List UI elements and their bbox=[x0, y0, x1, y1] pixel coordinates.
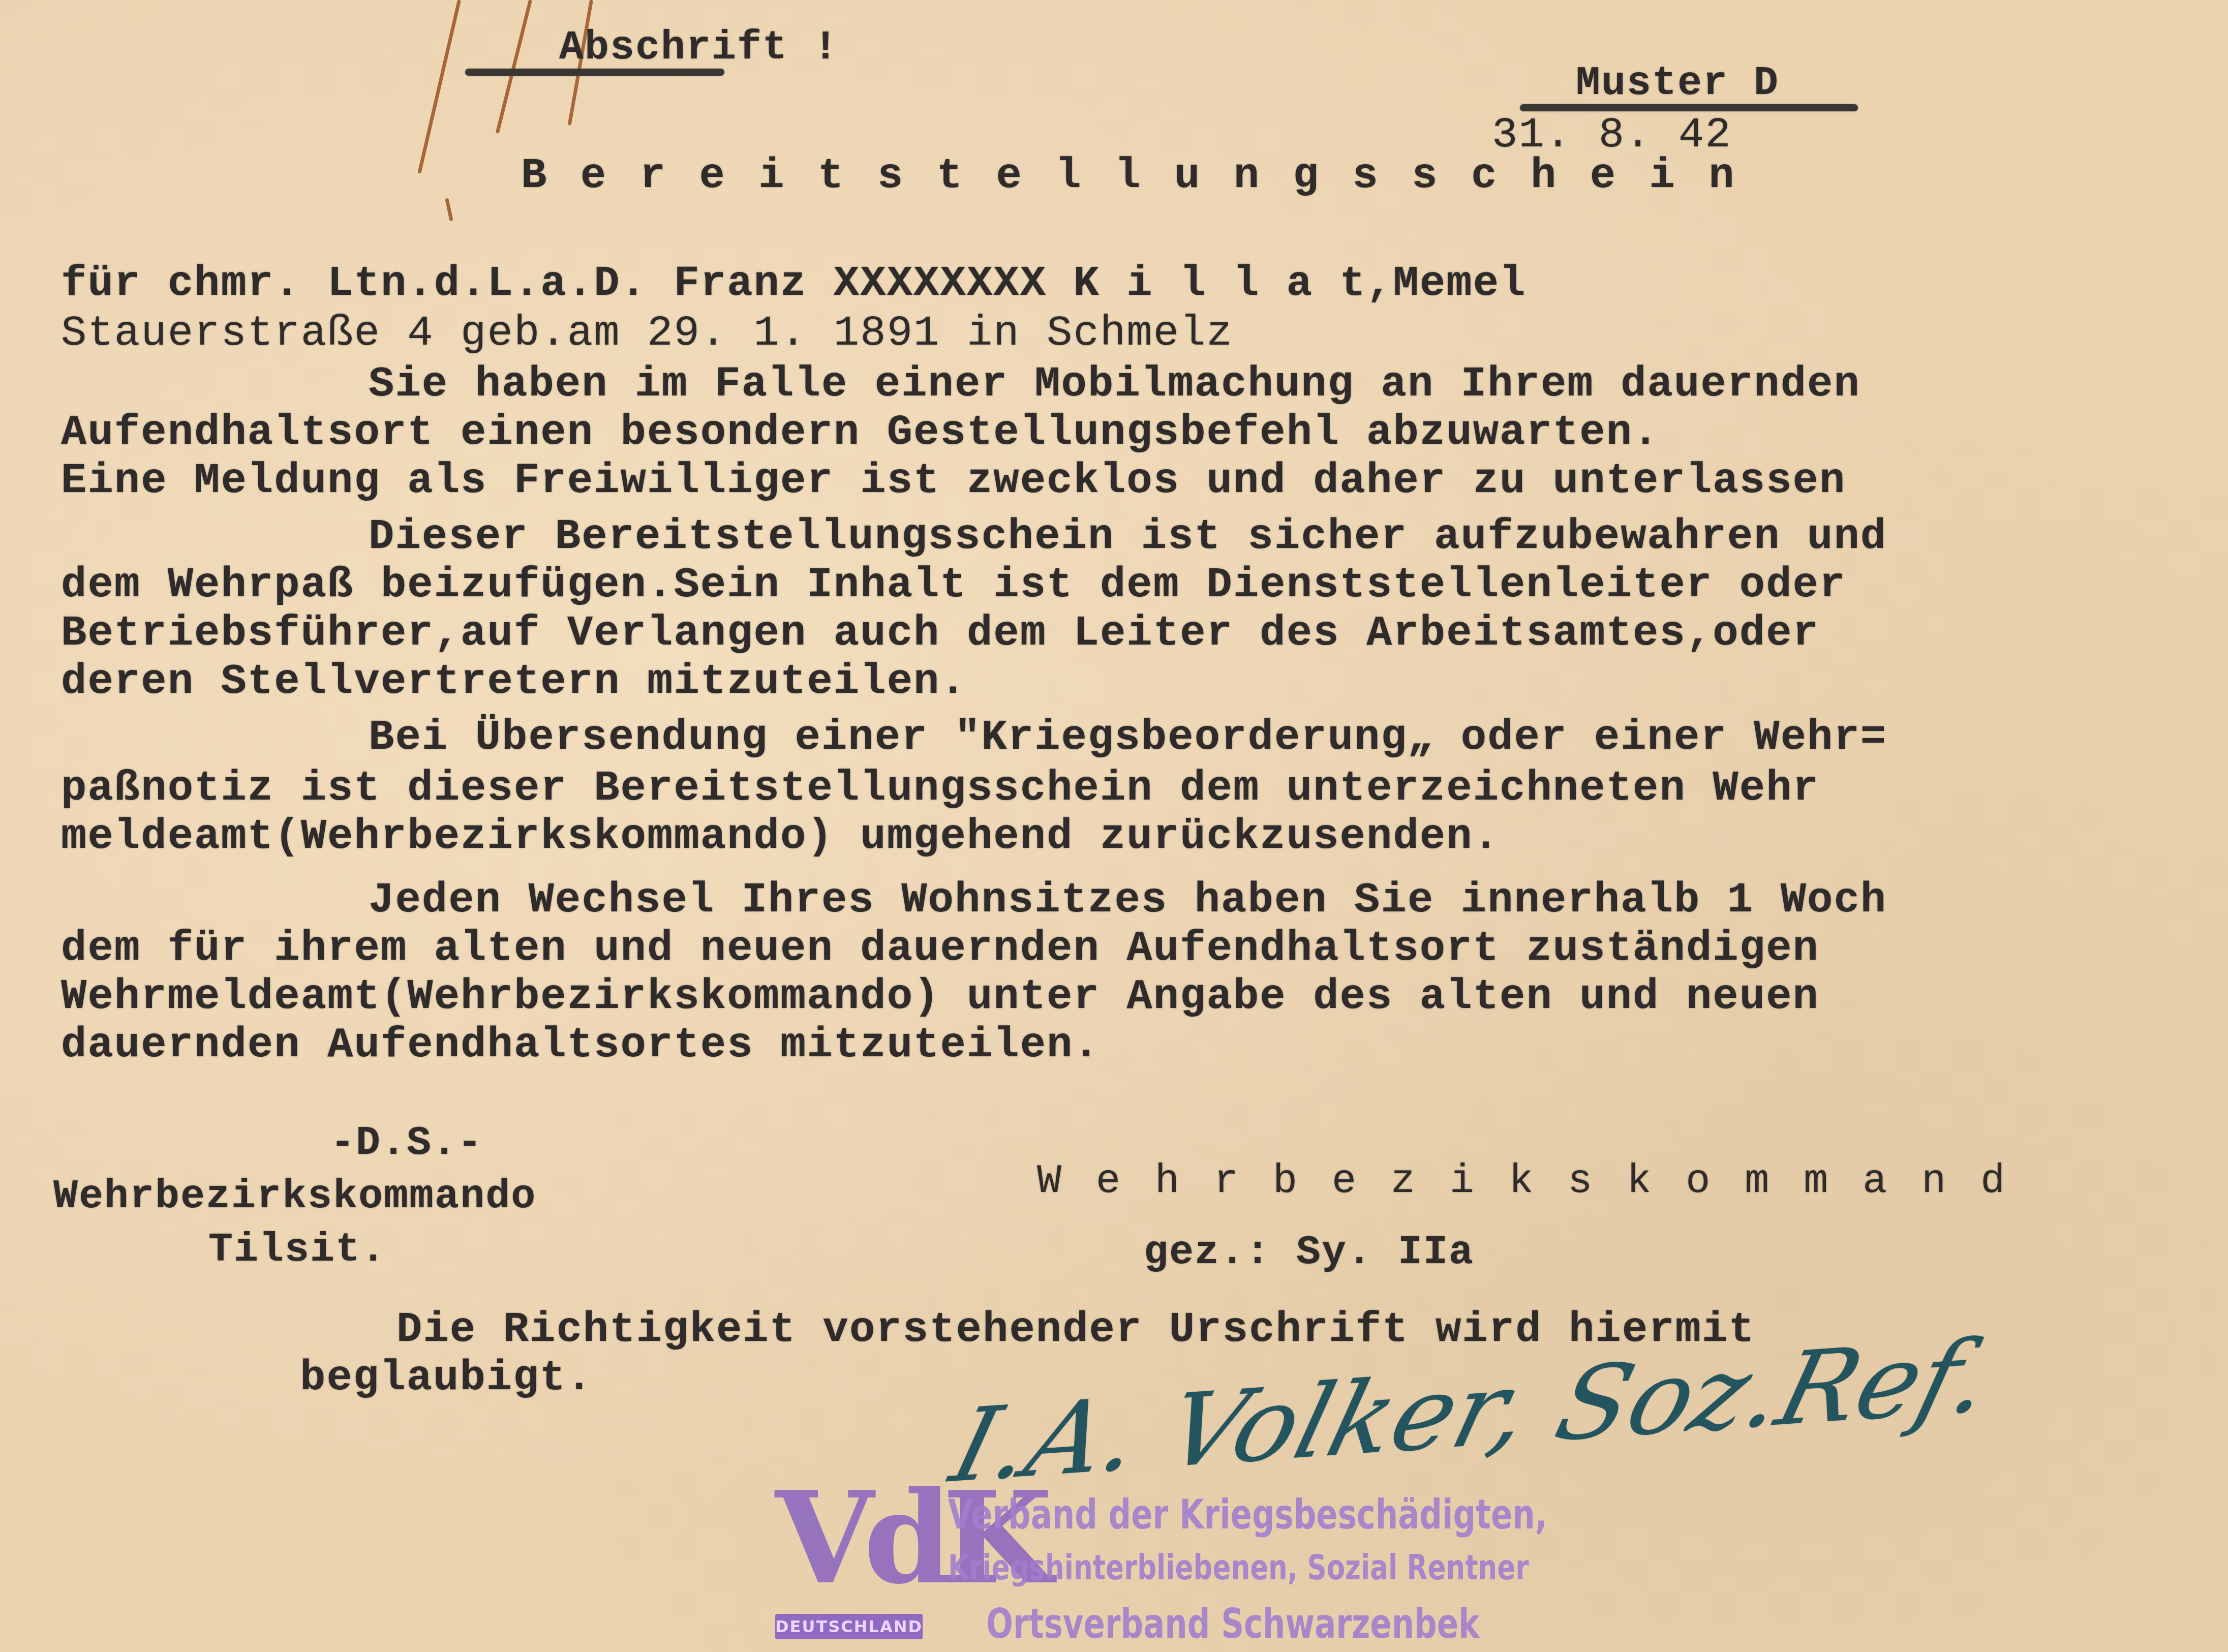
recipient-line-1: für chmr. Ltn.d.L.a.D. Franz XXXXXXXX K … bbox=[61, 260, 1526, 308]
ds-mark: -D.S.- bbox=[330, 1121, 483, 1167]
stamp-line-3: Ortsverband Schwarzenbek bbox=[986, 1601, 1480, 1647]
issuing-office: Wehrbezirkskommando bbox=[53, 1174, 536, 1220]
certification-line-2: beglaubigt. bbox=[300, 1355, 593, 1402]
copy-mark-underline bbox=[465, 69, 724, 76]
document-title: B e r e i t s t e l l u n g s s c h e i … bbox=[521, 152, 1738, 200]
paragraph-1-line-3: Eine Meldung als Freiwilliger ist zweckl… bbox=[61, 457, 1846, 505]
paragraph-3-line-3: meldeamt(Wehrbezirkskommando) umgehend z… bbox=[61, 813, 1500, 861]
recipient-line-2: Stauerstraße 4 geb.am 29. 1. 1891 in Sch… bbox=[61, 310, 1233, 358]
vdk-logo-band: DEUTSCHLAND bbox=[775, 1614, 923, 1639]
issuing-city: Tilsit. bbox=[208, 1228, 386, 1273]
paragraph-2-line-3: Betriebsführer,auf Verlangen auch dem Le… bbox=[61, 610, 1819, 658]
form-label: Muster D bbox=[1576, 61, 1779, 107]
paragraph-4-line-3: Wehrmeldeamt(Wehrbezirkskommando) unter … bbox=[61, 973, 1819, 1021]
copy-mark: Abschrift ! bbox=[559, 25, 839, 71]
signed-by: gez.: Sy. IIa bbox=[1144, 1230, 1474, 1276]
paragraph-2-line-4: deren Stellvertretern mitzuteilen. bbox=[61, 658, 967, 706]
paragraph-1-line-2: Aufendhaltsort einen besondern Gestellun… bbox=[61, 409, 1660, 457]
paragraph-2-line-1: Dieser Bereitstellungsschein ist sicher … bbox=[369, 513, 1887, 561]
paragraph-4-line-2: dem für ihrem alten und neuen dauernden … bbox=[61, 925, 1819, 973]
paragraph-3-line-2: paßnotiz ist dieser Bereitstellungsschei… bbox=[61, 765, 1819, 813]
stamp-line-2: Kriegshinterbliebenen, Sozial Rentner bbox=[948, 1548, 1529, 1588]
vdk-stamp-logo: VdK DEUTSCHLAND bbox=[775, 1469, 923, 1647]
paragraph-1-line-1: Sie haben im Falle einer Mobilmachung an… bbox=[369, 361, 1860, 409]
stamp-line-1: Verband der Kriegsbeschädigten, bbox=[948, 1492, 1547, 1538]
issuer-name: W e h r b e z i k s k o m m a n d bbox=[1037, 1159, 2010, 1205]
vdk-logo-icon: VdK bbox=[775, 1469, 923, 1606]
paragraph-2-line-2: dem Wehrpaß beizufügen.Sein Inhalt ist d… bbox=[61, 562, 1846, 609]
form-label-underline bbox=[1520, 104, 1858, 111]
paragraph-4-line-4: dauernden Aufendhaltsortes mitzuteilen. bbox=[61, 1022, 1100, 1069]
paragraph-4-line-1: Jeden Wechsel Ihres Wohnsitzes haben Sie… bbox=[369, 877, 1887, 925]
paragraph-3-line-1: Bei Übersendung einer "Kriegsbeorderung„… bbox=[369, 714, 1887, 762]
certification-line-1: Die Richtigkeit vorstehender Urschrift w… bbox=[396, 1306, 1755, 1354]
